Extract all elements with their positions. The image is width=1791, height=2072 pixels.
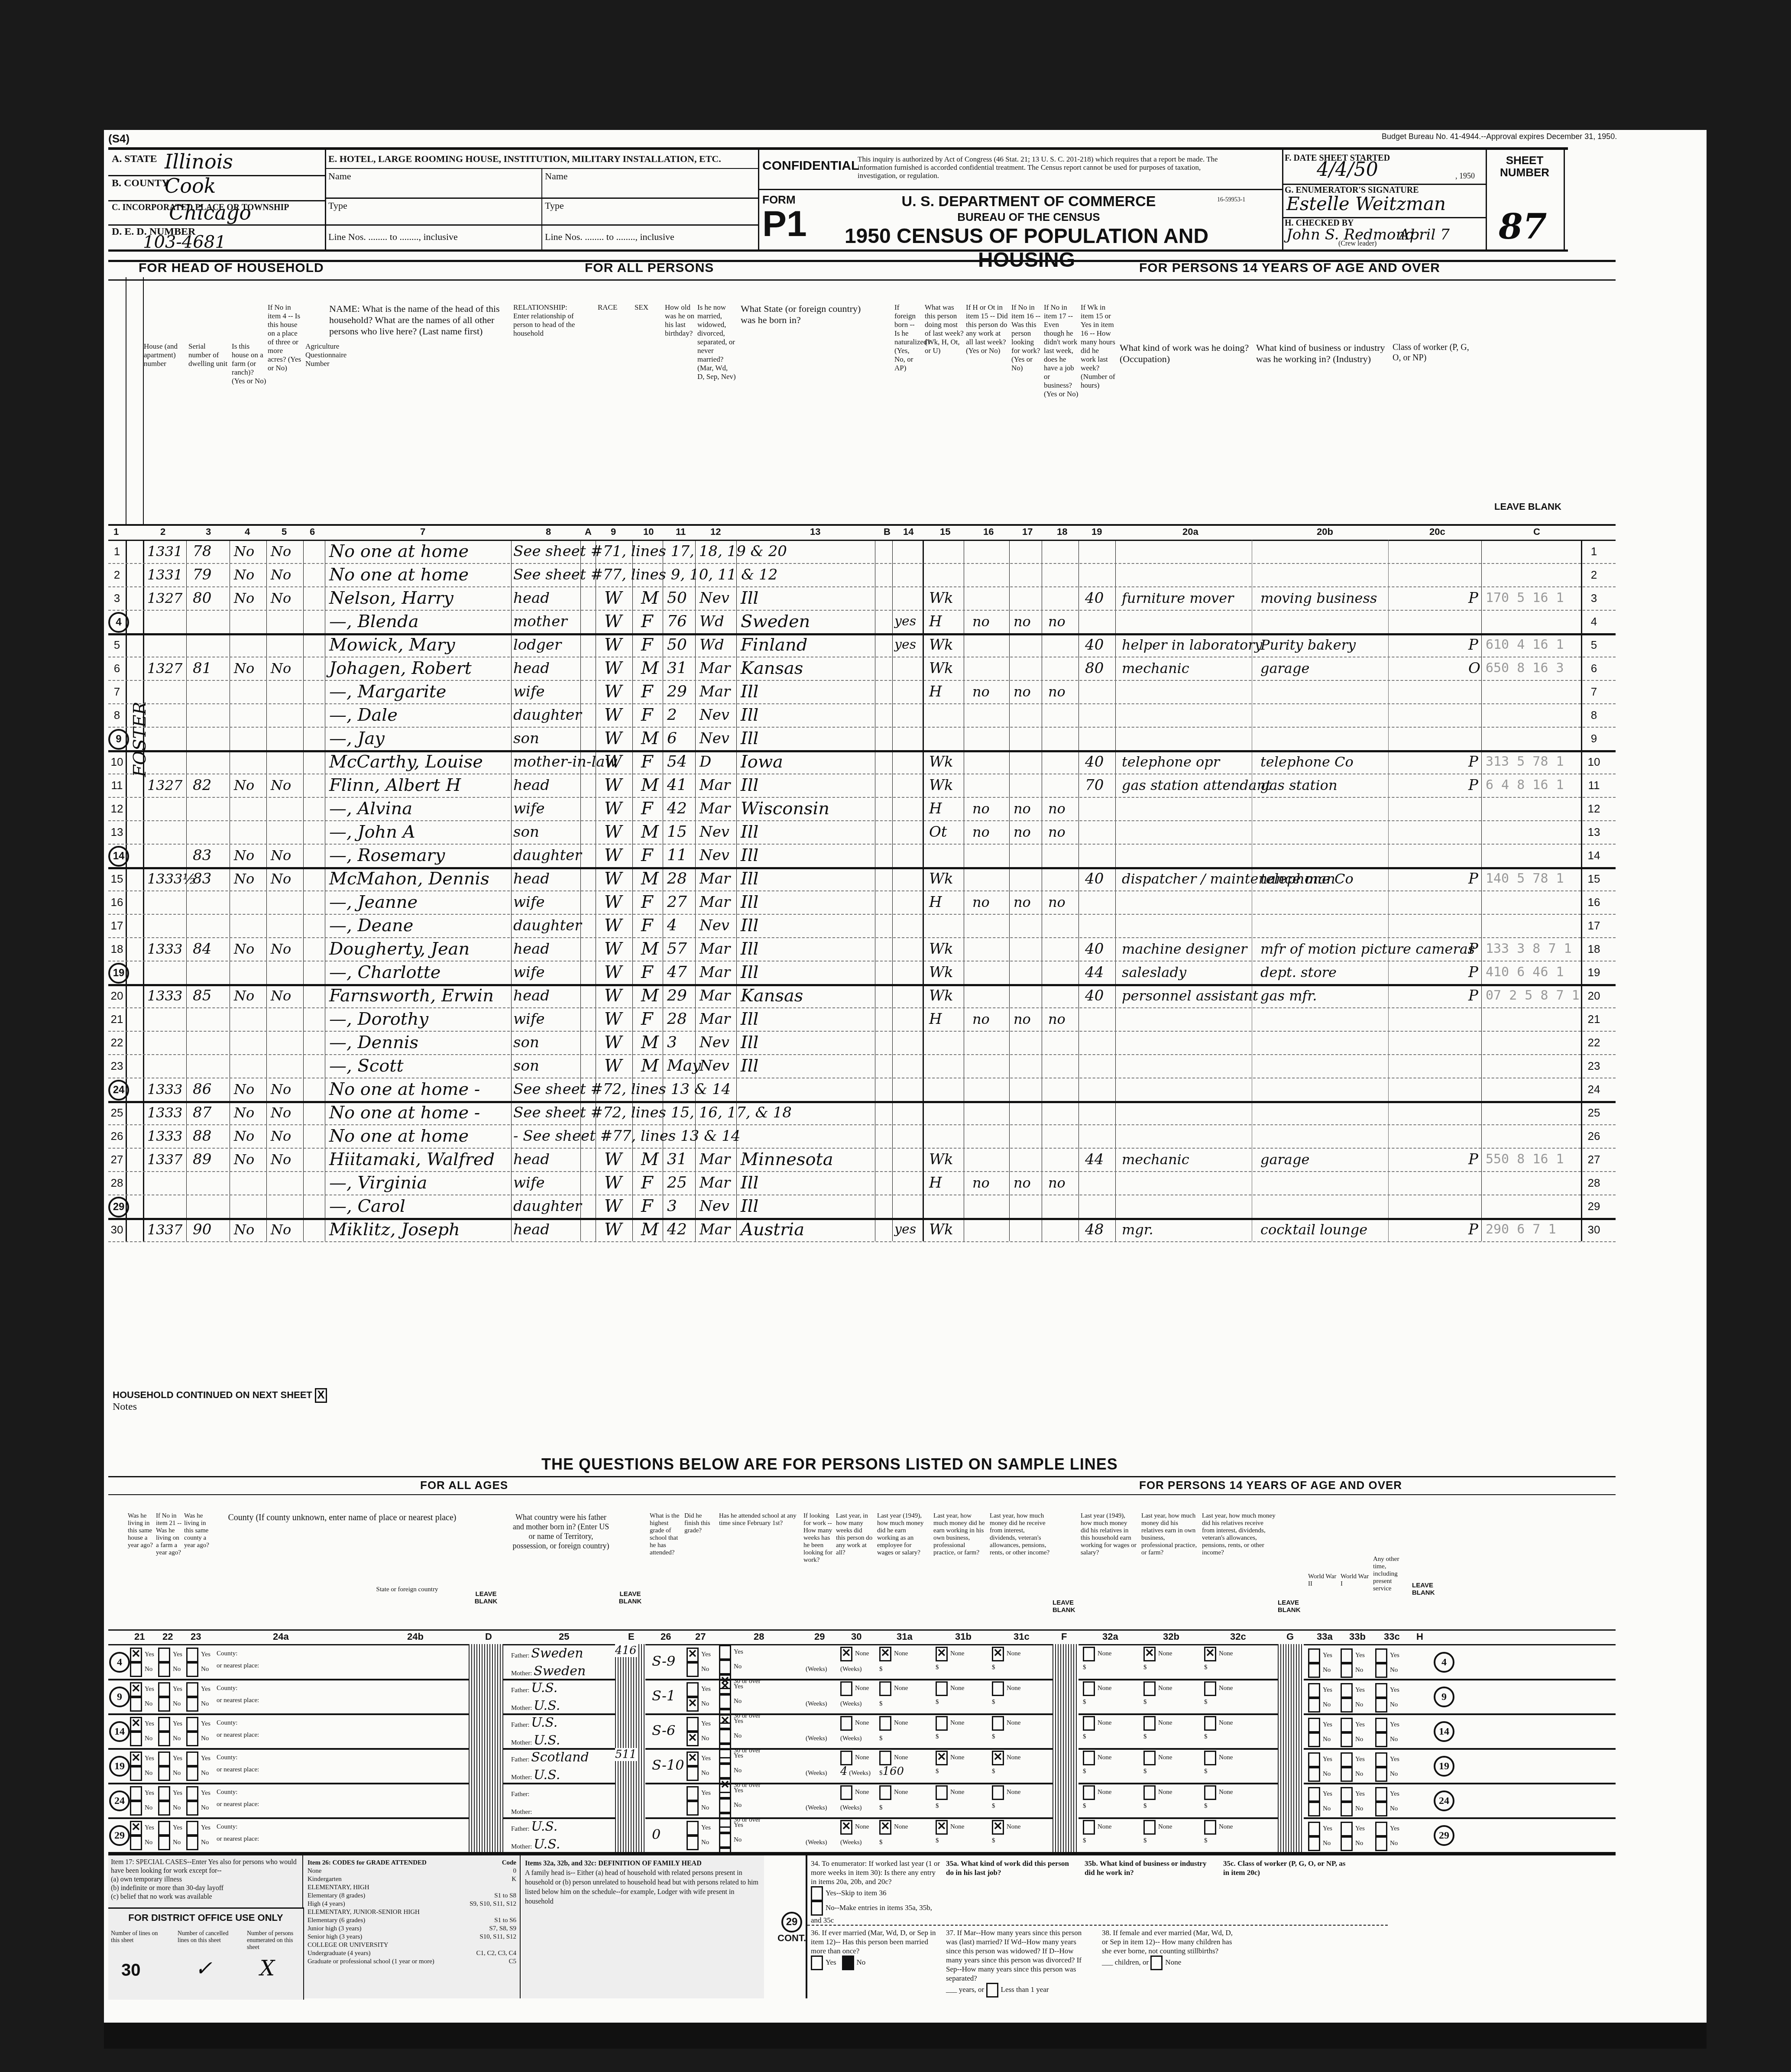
person-name: —, Alvina	[329, 797, 412, 820]
q31c: None$	[992, 1716, 1021, 1743]
q23-no-checkbox[interactable]	[186, 1697, 198, 1712]
age: 50	[667, 633, 687, 657]
q21-no-checkbox[interactable]	[130, 1662, 142, 1677]
class-of-worker: P	[1468, 586, 1478, 610]
age: 15	[667, 820, 687, 844]
q27-no-checkbox[interactable]: ✕	[687, 1697, 699, 1712]
farm-answer: No	[234, 1148, 254, 1171]
q21-no-checkbox[interactable]	[130, 1697, 142, 1712]
relationship: head	[513, 657, 550, 680]
race: W	[604, 586, 622, 610]
sample-section: THE QUESTIONS BELOW ARE FOR PERSONS LIST…	[108, 1455, 1616, 1906]
q32c: None$	[1204, 1785, 1233, 1812]
section-head-of-household: FOR HEAD OF HOUSEHOLD	[139, 261, 324, 275]
lcol-32a: Last year (1949), how much money did his…	[1081, 1512, 1137, 1557]
line-number-right: 26	[1585, 1124, 1603, 1148]
relationship: wife	[513, 1007, 545, 1031]
q21: ✕YesNo	[130, 1682, 154, 1712]
serial-number: 82	[193, 774, 211, 797]
q21-no-checkbox[interactable]	[130, 1801, 142, 1816]
leave-blank-d	[469, 1644, 503, 1679]
marital-status: Wd	[700, 610, 724, 633]
section-all-ages: FOR ALL AGES	[420, 1479, 508, 1492]
confidential-label: CONFIDENTIAL	[762, 159, 859, 173]
relationship: lodger	[513, 633, 561, 657]
q36-yes-checkbox[interactable]	[811, 1955, 823, 1970]
sample-line-marker: 29	[109, 1825, 130, 1846]
q30: None (Weeks)	[840, 1785, 869, 1814]
birthplace: Iowa	[741, 750, 783, 774]
class-of-worker: O	[1468, 657, 1480, 680]
sample-line-marker-right: 9	[1434, 1687, 1454, 1707]
person-name: Dougherty, Jean	[329, 937, 470, 961]
q31a: None$160	[879, 1751, 908, 1779]
leave-blank-g	[1278, 1713, 1304, 1748]
county-value: Cook	[165, 174, 216, 197]
table-row: 4 —, Blenda mother W F 76 Wd Sweden yes …	[108, 610, 1616, 635]
q23-no-checkbox[interactable]	[186, 1662, 198, 1677]
line-number: 15	[108, 867, 126, 890]
state-value: Illinois	[165, 150, 233, 173]
q23-no-checkbox[interactable]	[186, 1766, 198, 1781]
farm-answer: No	[234, 1124, 254, 1148]
q22: YesNo	[158, 1648, 182, 1677]
person-name: —, John A	[329, 820, 415, 844]
activity: H	[929, 890, 942, 914]
q37-less-checkbox[interactable]	[986, 1983, 998, 1998]
age: 29	[667, 680, 687, 703]
table-row: 2 1331 79 No No No one at home See sheet…	[108, 563, 1616, 587]
table-row: 28 —, Virginia wife W F 25 Mar Ill H no …	[108, 1171, 1616, 1195]
q21-yes-checkbox[interactable]: ✕	[130, 1648, 142, 1662]
q31c: None$	[992, 1785, 1021, 1812]
line-number-right: 7	[1585, 680, 1603, 703]
q33c: YesNo	[1375, 1683, 1399, 1713]
table-row: 14 83 No No —, Rosemary daughter W F 11 …	[108, 844, 1616, 869]
relationship: head	[513, 1218, 550, 1241]
person-name: Miklitz, Joseph	[329, 1218, 460, 1241]
table-row: 8 —, Dale daughter W F 2 Nev Ill 8	[108, 703, 1616, 728]
q27-no-checkbox[interactable]	[687, 1662, 699, 1677]
q32c: None$	[1204, 1751, 1233, 1777]
marital-status: D	[700, 750, 711, 774]
relationship: wife	[513, 890, 545, 914]
age: 29	[667, 984, 687, 1007]
col-class: Class of worker (P, G, O, or NP)	[1393, 342, 1479, 363]
relationship: wife	[513, 680, 545, 703]
age: 3	[667, 1031, 677, 1054]
house-number: 1327	[147, 657, 182, 680]
line-number: 10	[108, 750, 126, 774]
q22-yes-checkbox[interactable]	[158, 1786, 170, 1801]
q22: YesNo	[158, 1682, 182, 1712]
person-name: —, Dale	[329, 703, 398, 727]
person-name: —, Rosemary	[329, 844, 445, 867]
race: W	[604, 1148, 622, 1171]
coding-stamp: 610 4 16 1	[1486, 633, 1564, 657]
line-number-right: 12	[1585, 797, 1603, 820]
age: 42	[667, 1218, 687, 1241]
acres-answer: No	[271, 1124, 291, 1148]
coding-stamp: 07 2 5 8 7 1	[1486, 984, 1580, 1007]
hours: 80	[1085, 657, 1104, 680]
lcol-31a: Last year (1949), how much money did he …	[877, 1512, 929, 1557]
activity: Wk	[929, 633, 953, 657]
farm-answer: No	[234, 1101, 254, 1124]
marital-status: Mar	[700, 1007, 730, 1031]
col-name: NAME: What is the name of the head of th…	[329, 303, 511, 337]
q38-none-checkbox[interactable]	[1150, 1955, 1163, 1970]
line-number-right: 8	[1585, 703, 1603, 727]
q22-no-checkbox[interactable]	[158, 1766, 170, 1781]
lcol-h: LEAVE BLANK	[1412, 1582, 1429, 1596]
q22-yes-checkbox[interactable]	[158, 1648, 170, 1662]
marital-status: Mar	[700, 1171, 730, 1195]
q29-weeks: (Weeks)	[806, 1735, 827, 1742]
q17-answer: no	[1014, 680, 1031, 703]
line-nos-2: Line Nos. ........ to ........, inclusiv…	[545, 231, 674, 243]
q34-yes-checkbox[interactable]	[811, 1886, 823, 1901]
person-name: —, Dennis	[329, 1031, 418, 1054]
race: W	[604, 680, 622, 703]
q33c: YesNo	[1375, 1718, 1399, 1747]
leave-blank-e: 416	[615, 1644, 645, 1679]
q27-yes-checkbox[interactable]	[687, 1786, 699, 1801]
q35a: 35a. What kind of work did this person d…	[946, 1859, 1076, 1877]
line-number-right: 9	[1585, 727, 1603, 750]
institution-name-label-1: Name	[328, 171, 351, 182]
q21-no-checkbox[interactable]	[130, 1836, 142, 1850]
q21-yes-checkbox[interactable]: ✕	[130, 1751, 142, 1766]
district-cancelled: ✓	[195, 1956, 212, 1981]
q31c: ✕None$	[992, 1751, 1021, 1777]
q23: YesNo	[186, 1786, 211, 1816]
race: W	[604, 984, 622, 1007]
lcol-29: If looking for work -- How many weeks ha…	[803, 1512, 834, 1564]
birthplace: Minnesota	[741, 1148, 833, 1171]
q31a: None$	[879, 1716, 908, 1745]
q21-no-checkbox[interactable]	[130, 1732, 142, 1746]
farm-answer: No	[234, 1218, 254, 1241]
line-number: 4	[108, 610, 126, 633]
q23-no-checkbox[interactable]	[186, 1801, 198, 1816]
q27-yes-checkbox[interactable]	[687, 1717, 699, 1732]
acres-answer: No	[271, 1078, 291, 1101]
q21: ✕YesNo	[130, 1751, 154, 1781]
ed-number: 103-4681	[143, 232, 226, 252]
col-agri: Agriculture Questionnaire Number	[305, 342, 323, 368]
q17-answer: no	[1014, 1171, 1031, 1195]
q36-no-checkbox[interactable]	[842, 1955, 854, 1970]
q32a: None$	[1083, 1751, 1112, 1777]
occupation: saleslady	[1122, 961, 1186, 984]
col-naturalized: If foreign born -- Is he naturalized? (Y…	[894, 303, 920, 372]
q32a: None$	[1083, 1681, 1112, 1708]
race: W	[604, 633, 622, 657]
age: 50	[667, 586, 687, 610]
activity: Wk	[929, 937, 953, 961]
q23-no-checkbox[interactable]	[186, 1732, 198, 1746]
print-code: 16-59953-1	[1217, 197, 1245, 204]
table-row: 24 1333 86 No No No one at home - See sh…	[108, 1078, 1616, 1103]
q32b: None$	[1143, 1820, 1172, 1847]
birthplace: Sweden	[741, 610, 810, 633]
lcol-31b: Last year, how much money did he earn wo…	[933, 1512, 985, 1557]
coding-stamp: 313 5 78 1	[1486, 750, 1564, 774]
hours: 40	[1085, 633, 1104, 657]
q21-yes-checkbox[interactable]: ✕	[130, 1821, 142, 1836]
q22-no-checkbox[interactable]	[158, 1697, 170, 1712]
race: W	[604, 844, 622, 867]
q22-yes-checkbox[interactable]	[158, 1751, 170, 1766]
lcol-e: LEAVE BLANK	[615, 1590, 645, 1605]
line-number-right: 28	[1585, 1171, 1603, 1195]
q34-no-checkbox[interactable]	[811, 1901, 823, 1916]
grade-code-item: Senior high (3 years)S10, S11, S12	[308, 1933, 516, 1941]
lcol-32c: Last year, how much money did his relati…	[1202, 1512, 1276, 1557]
relationship: son	[513, 727, 539, 750]
line-number-right: 27	[1585, 1148, 1603, 1171]
sex: F	[641, 680, 653, 703]
table-row: 1 1331 78 No No No one at home See sheet…	[108, 540, 1616, 564]
race: W	[604, 961, 622, 984]
table-row: 18 1333 84 No No Dougherty, Jean head W …	[108, 937, 1616, 962]
relationship: head	[513, 937, 550, 961]
q25: Father: U.S.Mother: U.S.	[511, 1680, 560, 1716]
table-row: 13 —, John A son W M 15 Nev Ill Ot no no…	[108, 820, 1616, 845]
industry: telephone Co	[1260, 867, 1354, 890]
q33b: YesNo	[1341, 1752, 1365, 1782]
q21-yes-checkbox[interactable]: ✕	[130, 1682, 142, 1697]
q23: YesNo	[186, 1717, 211, 1746]
naturalized: yes	[894, 633, 916, 657]
q31c: ✕None$	[992, 1820, 1021, 1847]
grade-code-item: None0	[308, 1867, 516, 1875]
occupation: telephone opr	[1122, 750, 1220, 774]
q27-no-checkbox[interactable]	[687, 1766, 699, 1781]
q22-yes-checkbox[interactable]	[158, 1821, 170, 1836]
age: 28	[667, 867, 687, 890]
sample-section-title: THE QUESTIONS BELOW ARE FOR PERSONS LIST…	[541, 1455, 1118, 1473]
leave-blank-e	[615, 1679, 645, 1713]
occupation: personnel assistant	[1122, 984, 1258, 1007]
activity: H	[929, 797, 942, 820]
marital-status: Mar	[700, 890, 730, 914]
q27-yes-checkbox[interactable]	[687, 1682, 699, 1697]
line-number-right: 24	[1585, 1078, 1603, 1101]
table-row: 21 —, Dorothy wife W F 28 Mar Ill H no n…	[108, 1007, 1616, 1032]
line-number-right: 11	[1585, 774, 1603, 797]
table-row: 27 1337 89 No No Hiitamaki, Walfred head…	[108, 1148, 1616, 1172]
age: 41	[667, 774, 687, 797]
birthplace: Ill	[741, 1007, 758, 1031]
line-number-right: 3	[1585, 586, 1603, 610]
house-number: 1327	[147, 774, 182, 797]
q23-yes-checkbox[interactable]	[186, 1682, 198, 1697]
industry: telephone Co	[1260, 750, 1354, 774]
q23-yes-checkbox[interactable]	[186, 1717, 198, 1732]
relationship: See sheet #77, lines 9, 10, 11 & 12	[513, 563, 777, 586]
sample-line-marker-right: 4	[1434, 1652, 1454, 1673]
footer: Item 17: SPECIAL CASES--Enter Yes also f…	[108, 1854, 1616, 1998]
q18-answer: no	[1048, 680, 1066, 703]
q27-yes-checkbox[interactable]	[687, 1821, 699, 1836]
leave-blank-g	[1278, 1817, 1304, 1852]
q21-yes-checkbox[interactable]	[130, 1786, 142, 1801]
q21-yes-checkbox[interactable]: ✕	[130, 1717, 142, 1732]
serial-number: 88	[193, 1124, 211, 1148]
serial-number: 84	[193, 937, 211, 961]
marital-status: Nev	[700, 586, 729, 610]
q23-yes-checkbox[interactable]	[186, 1786, 198, 1801]
sample-row: 14 ✕YesNo YesNo YesNo County:or nearest …	[108, 1713, 1616, 1750]
hours: 40	[1085, 984, 1104, 1007]
q23-yes-checkbox[interactable]	[186, 1648, 198, 1662]
col-marital: Is he now married, widowed, divorced, se…	[697, 303, 736, 381]
sex: F	[641, 703, 653, 727]
serial-number: 90	[193, 1218, 211, 1241]
activity: H	[929, 680, 942, 703]
lcol-23: Was he living in this same county a year…	[184, 1512, 210, 1549]
marital-status: Nev	[700, 914, 729, 937]
q27-no-checkbox[interactable]: ✕	[687, 1732, 699, 1746]
table-row: 16 —, Jeanne wife W F 27 Mar Ill H no no…	[108, 890, 1616, 915]
line-number-right: 6	[1585, 657, 1603, 680]
q22-yes-checkbox[interactable]	[158, 1682, 170, 1697]
marital-status: Mar	[700, 680, 730, 703]
q26-grade: 0	[652, 1826, 661, 1842]
race: W	[604, 1171, 622, 1195]
q23-yes-checkbox[interactable]	[186, 1821, 198, 1836]
acres-answer: No	[271, 844, 291, 867]
q27-yes-checkbox[interactable]: ✕	[687, 1648, 699, 1662]
q22-no-checkbox[interactable]	[158, 1836, 170, 1850]
marital-status: Nev	[700, 1054, 729, 1078]
continued-checkbox[interactable]: X	[315, 1388, 327, 1403]
marital-status: Mar	[700, 797, 730, 820]
sample-line-marker: 9	[109, 1687, 130, 1707]
q22-no-checkbox[interactable]	[158, 1801, 170, 1816]
farm-answer: No	[234, 774, 254, 797]
naturalized: yes	[894, 610, 916, 633]
line-number-right: 4	[1585, 610, 1603, 633]
hours: 40	[1085, 937, 1104, 961]
person-name: No one at home -	[329, 1101, 480, 1124]
line-number: 19	[108, 961, 126, 984]
coding-stamp: 410 6 46 1	[1486, 961, 1564, 984]
sex: M	[641, 1148, 659, 1171]
table-row: 15 1333½ 83 No No McMahon, Dennis head W…	[108, 867, 1616, 891]
line-number-right: 1	[1585, 540, 1603, 563]
age: 2	[667, 703, 677, 727]
age: 28	[667, 1007, 687, 1031]
race: W	[604, 1007, 622, 1031]
person-name: Hiitamaki, Walfred	[329, 1148, 495, 1171]
relationship: head	[513, 1148, 550, 1171]
sample-row: 9 ✕YesNo YesNo YesNo County:or nearest p…	[108, 1679, 1616, 1715]
lcol-31c: Last year, how much money did he receive…	[990, 1512, 1050, 1557]
district-office: FOR DISTRICT OFFICE USE ONLY Number of l…	[108, 1907, 304, 2000]
class-of-worker: P	[1468, 984, 1478, 1007]
q29-weeks: (Weeks)	[806, 1700, 827, 1708]
line-number-right: 16	[1585, 890, 1603, 914]
line-number: 14	[108, 844, 126, 867]
industry: Purity bakery	[1260, 633, 1356, 657]
q27-no-checkbox[interactable]	[687, 1836, 699, 1850]
table-row: 17 —, Deane daughter W F 4 Nev Ill 17	[108, 914, 1616, 938]
lcol-d: LEAVE BLANK	[469, 1590, 503, 1605]
q16-answer: no	[972, 610, 990, 633]
q31a: None$	[879, 1785, 908, 1814]
age: 57	[667, 937, 687, 961]
marital-status: Mar	[700, 774, 730, 797]
q23: YesNo	[186, 1821, 211, 1850]
marital-status: Nev	[700, 844, 729, 867]
acres-answer: No	[271, 937, 291, 961]
sex: F	[641, 890, 653, 914]
q27-yes-checkbox[interactable]: ✕	[687, 1751, 699, 1766]
house-number: 1337	[147, 1218, 182, 1241]
relationship: daughter	[513, 1195, 582, 1218]
sex: M	[641, 937, 659, 961]
lcol-22: If No in item 21 -- Was he living on a f…	[156, 1512, 182, 1557]
q31b: ✕None$	[936, 1751, 965, 1777]
race: W	[604, 797, 622, 820]
person-name: —, Scott	[329, 1054, 403, 1078]
q33a: YesNo	[1308, 1752, 1332, 1782]
q23-no-checkbox[interactable]	[186, 1836, 198, 1850]
leave-blank-f	[1053, 1817, 1078, 1852]
line-number: 17	[108, 914, 126, 937]
sample-line-marker-right: 19	[1434, 1756, 1454, 1777]
acres-answer: No	[271, 1218, 291, 1241]
industry: garage	[1260, 1148, 1309, 1171]
q23-yes-checkbox[interactable]	[186, 1751, 198, 1766]
sex: F	[641, 961, 653, 984]
line-number-right: 23	[1585, 1054, 1603, 1078]
q22-no-checkbox[interactable]	[158, 1662, 170, 1677]
race: W	[604, 750, 622, 774]
relationship: head	[513, 867, 550, 890]
q27-no-checkbox[interactable]	[687, 1801, 699, 1816]
q32a: None$	[1083, 1647, 1112, 1674]
line-number: 5	[108, 633, 126, 657]
marital-status: Nev	[700, 1031, 729, 1054]
person-name: Farnsworth, Erwin	[329, 984, 494, 1007]
lower-column-numbers: 21 22 23 24a 24b D 25 E 26 27 28 29 30 3…	[108, 1629, 1616, 1645]
sex: F	[641, 914, 653, 937]
household-continued: HOUSEHOLD CONTINUED ON NEXT SHEET X	[113, 1388, 330, 1403]
q21-no-checkbox[interactable]	[130, 1766, 142, 1781]
age: 4	[667, 914, 677, 937]
sample-line-marker: 4	[109, 1652, 130, 1673]
q22-no-checkbox[interactable]	[158, 1732, 170, 1746]
q31a: ✕None$	[879, 1647, 908, 1675]
q22-yes-checkbox[interactable]	[158, 1717, 170, 1732]
sample-line-marker-right: 29	[1434, 1825, 1454, 1846]
marital-status: Mar	[700, 937, 730, 961]
table-row: 7 —, Margarite wife W F 29 Mar Ill H no …	[108, 680, 1616, 704]
sample-line-marker-right: 14	[1434, 1721, 1454, 1742]
q33a: YesNo	[1308, 1683, 1332, 1713]
sex: M	[641, 657, 659, 680]
sample-line-marker: 14	[109, 1721, 130, 1742]
sex: M	[641, 1054, 659, 1078]
age: 47	[667, 961, 687, 984]
sample-row: 19 ✕YesNo YesNo YesNo County:or nearest …	[108, 1748, 1616, 1784]
house-number: 1333	[147, 937, 182, 961]
race: W	[604, 820, 622, 844]
